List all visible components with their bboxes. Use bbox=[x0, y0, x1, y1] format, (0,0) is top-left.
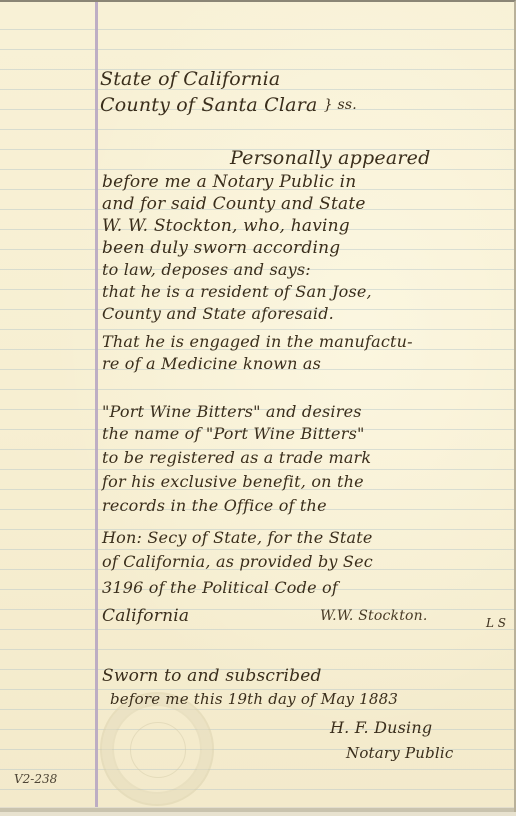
jurat-line-2: before me this 19th day of May 1883 bbox=[110, 690, 398, 708]
page-bottom-edge bbox=[0, 807, 514, 812]
body-line-15: records in the Office of the bbox=[102, 496, 327, 515]
body-line-10: re of a Medicine known as bbox=[102, 354, 321, 373]
notary-name: H. F. Dusing bbox=[330, 718, 432, 737]
venue-county-text: County of Santa Clara bbox=[100, 94, 318, 116]
body-line-12: the name of "Port Wine Bitters" bbox=[102, 424, 365, 443]
body-line-11: "Port Wine Bitters" and desires bbox=[102, 402, 362, 421]
body-line-9: That he is engaged in the manufactu- bbox=[102, 332, 413, 351]
body-line-2: before me a Notary Public in bbox=[102, 172, 356, 192]
body-line-3: and for said County and State bbox=[102, 194, 366, 214]
body-line-4: W. W. Stockton, who, having bbox=[102, 216, 350, 236]
notary-title: Notary Public bbox=[346, 744, 454, 762]
archive-number: V2-238 bbox=[14, 772, 57, 786]
notary-seal-emboss bbox=[100, 692, 214, 806]
body-line-1: Personally appeared bbox=[230, 147, 430, 169]
body-line-16: Hon: Secy of State, for the State bbox=[102, 528, 373, 547]
body-line-13: to be registered as a trade mark bbox=[102, 448, 371, 467]
notary-seal-center bbox=[130, 722, 186, 778]
body-line-5: been duly sworn according bbox=[102, 238, 340, 258]
body-line-7: that he is a resident of San Jose, bbox=[102, 282, 372, 301]
body-line-6: to law, deposes and says: bbox=[102, 260, 311, 279]
body-line-8: County and State aforesaid. bbox=[102, 304, 334, 323]
jurat-line-1: Sworn to and subscribed bbox=[102, 666, 322, 686]
margin-line bbox=[95, 2, 98, 812]
document-page: State of California County of Santa Clar… bbox=[0, 0, 516, 812]
body-line-14: for his exclusive benefit, on the bbox=[102, 472, 364, 491]
venue-brace-mark: } ss. bbox=[324, 97, 357, 113]
body-line-19: California bbox=[102, 606, 189, 626]
body-line-18: 3196 of the Political Code of bbox=[102, 578, 338, 597]
venue-county: County of Santa Clara } ss. bbox=[100, 94, 357, 116]
seal-mark-ls: L S bbox=[486, 616, 506, 630]
venue-state: State of California bbox=[100, 68, 280, 90]
affiant-signature: W.W. Stockton. bbox=[320, 608, 428, 624]
body-line-17: of California, as provided by Sec bbox=[102, 552, 373, 571]
